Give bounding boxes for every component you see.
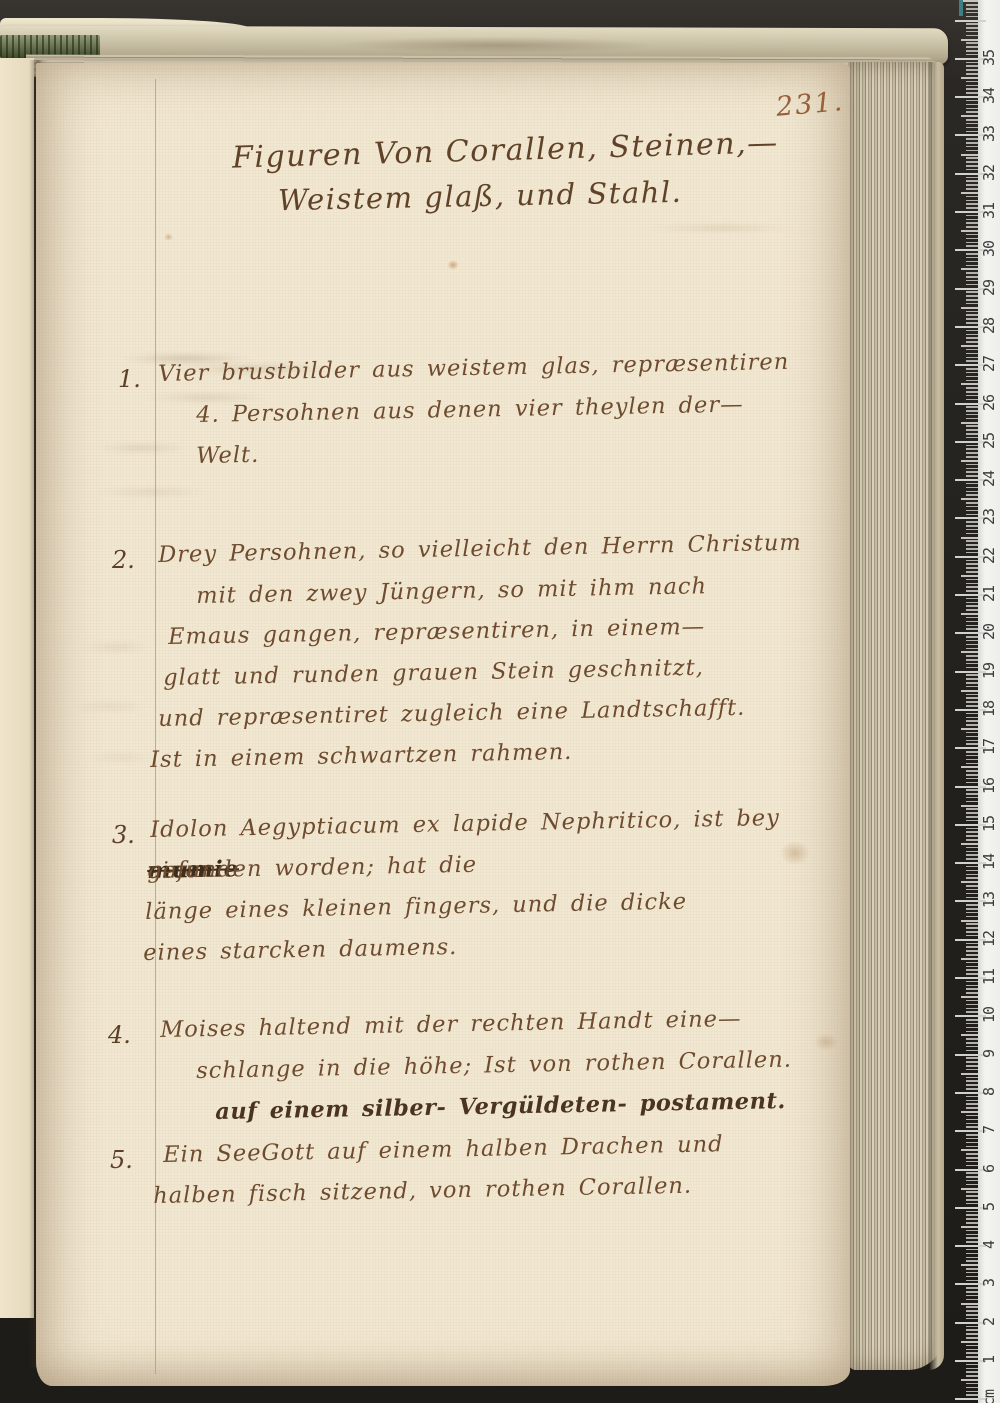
ruler-tick bbox=[966, 931, 978, 933]
ruler-tick bbox=[961, 422, 978, 424]
ruler-tick bbox=[961, 575, 978, 577]
ruler-tick bbox=[966, 1134, 978, 1136]
ruler-tick bbox=[966, 567, 978, 569]
ruler-tick bbox=[966, 544, 978, 546]
ruler-tick bbox=[966, 1172, 978, 1174]
ruler-tick bbox=[966, 1218, 978, 1220]
ruler-tick bbox=[966, 491, 978, 493]
ruler-tick bbox=[961, 307, 978, 309]
ruler-tick bbox=[961, 1379, 978, 1381]
ruler-tick bbox=[966, 54, 978, 56]
ruler-tick bbox=[966, 1038, 978, 1040]
ruler-tick bbox=[966, 923, 978, 925]
ruler-tick bbox=[966, 506, 978, 508]
ruler-tick bbox=[966, 904, 978, 906]
ruler-tick bbox=[966, 935, 978, 937]
ruler-tick bbox=[966, 357, 978, 359]
ruler-tick bbox=[966, 475, 978, 477]
ruler-tick bbox=[966, 602, 978, 604]
ruler-tick bbox=[966, 663, 978, 665]
ruler-tick bbox=[966, 705, 978, 707]
ruler-tick bbox=[966, 85, 978, 87]
ruler-tick bbox=[966, 667, 978, 669]
ruler-tick bbox=[966, 866, 978, 868]
ruler-tick bbox=[966, 445, 978, 447]
ruler-tick bbox=[966, 1123, 978, 1125]
ruler-tick bbox=[966, 1080, 978, 1082]
ruler-tick bbox=[961, 881, 978, 883]
ruler-tick bbox=[966, 4, 978, 6]
ruler-tick bbox=[961, 996, 978, 998]
ruler-tick bbox=[966, 92, 978, 94]
ruler-tick bbox=[966, 1057, 978, 1059]
ruler-tick bbox=[966, 874, 978, 876]
ruler-tick bbox=[961, 268, 978, 270]
ruler-tick bbox=[966, 184, 978, 186]
ruler-tick bbox=[961, 1149, 978, 1151]
item-number: 1. bbox=[118, 365, 141, 393]
ruler-tick bbox=[966, 1119, 978, 1121]
ruler-tick bbox=[966, 203, 978, 205]
ruler-tick bbox=[966, 1115, 978, 1117]
ruler-tick bbox=[966, 318, 978, 320]
ruler-tick bbox=[961, 460, 978, 462]
ruler-tick bbox=[961, 0, 978, 2]
ruler-tick bbox=[961, 537, 978, 539]
ruler-tick bbox=[966, 483, 978, 485]
ruler-tick bbox=[966, 376, 978, 378]
ruler-tick bbox=[966, 1356, 978, 1358]
ruler-tick bbox=[966, 100, 978, 102]
ruler-tick bbox=[966, 732, 978, 734]
ruler-tick bbox=[966, 720, 978, 722]
ruler-tick bbox=[966, 219, 978, 221]
ruler-tick bbox=[966, 743, 978, 745]
ruler-tick bbox=[966, 598, 978, 600]
ruler-tick bbox=[966, 686, 978, 688]
ruler-tick bbox=[966, 1019, 978, 1021]
ruler-tick bbox=[966, 341, 978, 343]
ruler-tick bbox=[966, 1318, 978, 1320]
ruler-tick bbox=[966, 943, 978, 945]
ruler-tick bbox=[966, 985, 978, 987]
ruler-tick bbox=[966, 1394, 978, 1396]
ruler-tick bbox=[961, 958, 978, 960]
ruler-tick bbox=[966, 969, 978, 971]
ruler-tick bbox=[966, 487, 978, 489]
ruler-tick bbox=[966, 946, 978, 948]
ruler-tick bbox=[961, 345, 978, 347]
ruler-tick bbox=[966, 1375, 978, 1377]
ruler-tick bbox=[966, 1329, 978, 1331]
ruler-tick bbox=[961, 192, 978, 194]
ruler-tick bbox=[966, 177, 978, 179]
ruler-tick bbox=[966, 908, 978, 910]
ruler-tick bbox=[966, 169, 978, 171]
ruler-tick bbox=[966, 46, 978, 48]
ruler-tick bbox=[966, 1146, 978, 1148]
ruler-tick bbox=[966, 207, 978, 209]
ruler-tick bbox=[961, 1111, 978, 1113]
ruler-tick bbox=[966, 368, 978, 370]
ruler-tick bbox=[966, 1306, 978, 1308]
manuscript-scan-page: 231. Figuren Von Corallen, Steinen,— Wei… bbox=[0, 0, 1000, 1403]
ruler-tick bbox=[966, 1184, 978, 1186]
ruler-tick bbox=[966, 981, 978, 983]
ruler-tick bbox=[966, 1011, 978, 1013]
ruler-tick bbox=[966, 1276, 978, 1278]
ruler-tick bbox=[966, 697, 978, 699]
ruler-tick bbox=[966, 529, 978, 531]
ruler-tick bbox=[966, 1176, 978, 1178]
ruler-tick bbox=[966, 893, 978, 895]
ruler-tick bbox=[966, 1142, 978, 1144]
ruler-tick bbox=[966, 161, 978, 163]
ruler-tick bbox=[966, 962, 978, 964]
ruler-tick bbox=[966, 510, 978, 512]
ruler-tick bbox=[966, 1100, 978, 1102]
ruler-tick bbox=[966, 65, 978, 67]
ruler-tick bbox=[966, 295, 978, 297]
fore-edge-page-stack bbox=[848, 62, 944, 1370]
ruler-tick bbox=[966, 334, 978, 336]
ruler-tick bbox=[966, 418, 978, 420]
ruler-tick bbox=[966, 448, 978, 450]
ruler-tick bbox=[966, 62, 978, 64]
ruler-tick bbox=[966, 755, 978, 757]
ruler-tick bbox=[966, 494, 978, 496]
ruler-tick bbox=[966, 808, 978, 810]
ruler-tick bbox=[966, 360, 978, 362]
ruler-tick bbox=[966, 586, 978, 588]
ruler-tick bbox=[966, 740, 978, 742]
ruler-tick bbox=[966, 640, 978, 642]
ruler-tick bbox=[966, 146, 978, 148]
ruler-tick bbox=[966, 605, 978, 607]
ruler-tick bbox=[966, 437, 978, 439]
ruler-tick bbox=[966, 636, 978, 638]
ruler-tick bbox=[966, 50, 978, 52]
inventory-items: 1.Vier brustbilder aus weistem glas, rep… bbox=[36, 63, 850, 1386]
ruler-tick bbox=[966, 621, 978, 623]
ruler-tick bbox=[966, 514, 978, 516]
ruler-tick bbox=[966, 238, 978, 240]
ruler-tick bbox=[966, 31, 978, 33]
ruler-tick bbox=[966, 284, 978, 286]
ruler-tick bbox=[966, 1237, 978, 1239]
item-number: 5. bbox=[110, 1146, 133, 1174]
ruler-tick bbox=[966, 713, 978, 715]
ruler-tick bbox=[966, 119, 978, 121]
ruler-tick bbox=[966, 870, 978, 872]
ruler-tick bbox=[966, 1008, 978, 1010]
ruler-tick bbox=[966, 782, 978, 784]
ruler-tick bbox=[966, 659, 978, 661]
ruler-tick bbox=[966, 395, 978, 397]
ruler-tick bbox=[966, 108, 978, 110]
ruler-tick bbox=[966, 111, 978, 113]
ruler-tick bbox=[961, 843, 978, 845]
ruler-tick bbox=[966, 801, 978, 803]
ruler-tick bbox=[961, 115, 978, 117]
ruler-tick bbox=[966, 1031, 978, 1033]
ruler-tick bbox=[966, 701, 978, 703]
ruler-tick bbox=[966, 23, 978, 25]
ruler-tick bbox=[966, 502, 978, 504]
ruler-tick bbox=[966, 835, 978, 837]
ruler-tick bbox=[966, 1268, 978, 1270]
ruler-tick bbox=[966, 464, 978, 466]
ruler-tick bbox=[966, 1368, 978, 1370]
ruler-tick bbox=[966, 127, 978, 129]
ruler-tick bbox=[966, 196, 978, 198]
ruler-tick bbox=[966, 468, 978, 470]
ruler-tick bbox=[966, 560, 978, 562]
ruler-tick bbox=[966, 1023, 978, 1025]
ruler-tick bbox=[961, 1303, 978, 1305]
ruler-tick bbox=[966, 311, 978, 313]
ruler-tick bbox=[966, 399, 978, 401]
ruler-tick bbox=[966, 590, 978, 592]
ruler-tick bbox=[966, 353, 978, 355]
ruler-tick bbox=[966, 81, 978, 83]
ruler-tick bbox=[966, 644, 978, 646]
ruler-tick bbox=[966, 387, 978, 389]
ruler-tick bbox=[966, 1387, 978, 1389]
ruler-tick bbox=[966, 724, 978, 726]
ruler-tick bbox=[966, 272, 978, 274]
ruler-tick bbox=[966, 1069, 978, 1071]
ruler-tick bbox=[966, 774, 978, 776]
ruler-tick bbox=[966, 1326, 978, 1328]
ruler-tick bbox=[966, 1314, 978, 1316]
ruler-tick bbox=[961, 1188, 978, 1190]
ruler-tick bbox=[966, 678, 978, 680]
ruler-tick bbox=[966, 150, 978, 152]
ruler-tick bbox=[966, 1345, 978, 1347]
ruler-tick bbox=[966, 885, 978, 887]
ruler-tick bbox=[966, 540, 978, 542]
ruler-tick bbox=[966, 625, 978, 627]
ruler-tick bbox=[966, 950, 978, 952]
ruler-tick bbox=[966, 372, 978, 374]
ruler-tick bbox=[966, 988, 978, 990]
color-calibration-speck bbox=[959, 0, 963, 16]
ruler-tick bbox=[966, 349, 978, 351]
ruler-tick bbox=[966, 736, 978, 738]
ruler-tick bbox=[966, 471, 978, 473]
ruler-tick bbox=[966, 123, 978, 125]
ruler-tick bbox=[966, 12, 978, 14]
ruler-tick bbox=[966, 1161, 978, 1163]
ruler-tick bbox=[961, 1034, 978, 1036]
ruler-tick bbox=[966, 563, 978, 565]
ruler-tick bbox=[966, 104, 978, 106]
ruler-tick bbox=[966, 973, 978, 975]
ruler-tick bbox=[966, 429, 978, 431]
ruler-tick bbox=[966, 858, 978, 860]
ruler-tick bbox=[966, 1260, 978, 1262]
ruler-tick bbox=[966, 452, 978, 454]
ruler-tick bbox=[966, 1333, 978, 1335]
ruler-tick bbox=[966, 1310, 978, 1312]
ruler-tick bbox=[966, 1257, 978, 1259]
ruler-tick bbox=[966, 1065, 978, 1067]
ruler-tick bbox=[966, 280, 978, 282]
ruler-tick bbox=[966, 234, 978, 236]
ruler-tick bbox=[966, 425, 978, 427]
ruler-tick bbox=[966, 552, 978, 554]
ruler-tick bbox=[966, 188, 978, 190]
ruler-tick bbox=[966, 1042, 978, 1044]
ruler-tick bbox=[966, 916, 978, 918]
ruler-tick bbox=[966, 410, 978, 412]
ruler-tick bbox=[966, 583, 978, 585]
ruler-tick bbox=[966, 1280, 978, 1282]
ruler-tick bbox=[966, 1295, 978, 1297]
ruler-tick bbox=[966, 165, 978, 167]
inventory-item-2: 2.Drey Persohnen, so vielleicht den Herr… bbox=[36, 542, 850, 552]
ruler-tick bbox=[966, 8, 978, 10]
ruler-tick bbox=[966, 138, 978, 140]
ruler-tick bbox=[966, 1299, 978, 1301]
ruler-tick bbox=[966, 655, 978, 657]
ruler-tick bbox=[966, 226, 978, 228]
inventory-item-4: 4.Moises haltend mit der rechten Handt e… bbox=[36, 1017, 850, 1027]
ruler-tick bbox=[966, 1352, 978, 1354]
ruler-tick bbox=[966, 912, 978, 914]
ruler-tick bbox=[966, 682, 978, 684]
ruler-tick bbox=[966, 142, 978, 144]
ruler-tick bbox=[966, 180, 978, 182]
ruler-tick bbox=[966, 157, 978, 159]
ruler-tick bbox=[961, 613, 978, 615]
ruler-tick bbox=[961, 39, 978, 41]
ruler-tick bbox=[966, 1214, 978, 1216]
inventory-item-1: 1.Vier brustbilder aus weistem glas, rep… bbox=[36, 361, 850, 371]
ruler-tick bbox=[966, 897, 978, 899]
ruler-tick bbox=[966, 579, 978, 581]
ruler-tick bbox=[966, 35, 978, 37]
ruler-tick bbox=[966, 1103, 978, 1105]
ruler-tick bbox=[966, 1107, 978, 1109]
ruler-tick bbox=[966, 1061, 978, 1063]
ruler-tick bbox=[966, 1195, 978, 1197]
ruler-tick bbox=[961, 1226, 978, 1228]
ruler-tick bbox=[966, 1096, 978, 1098]
ruler-tick bbox=[966, 261, 978, 263]
ruler-tick bbox=[966, 717, 978, 719]
ruler-tick bbox=[966, 391, 978, 393]
ruler-tick bbox=[966, 839, 978, 841]
ruler-tick bbox=[966, 1222, 978, 1224]
ruler-tick bbox=[966, 617, 978, 619]
ruler-tick bbox=[966, 1004, 978, 1006]
ruler-tick bbox=[966, 253, 978, 255]
ruler-tick bbox=[966, 820, 978, 822]
ruler-tick bbox=[966, 322, 978, 324]
ruler-tick bbox=[961, 920, 978, 922]
ruler-tick bbox=[966, 456, 978, 458]
ruler-tick bbox=[966, 1241, 978, 1243]
ruler-tick bbox=[961, 1341, 978, 1343]
ruler-tick bbox=[966, 1230, 978, 1232]
manuscript-page: 231. Figuren Von Corallen, Steinen,— Wei… bbox=[36, 63, 850, 1386]
ruler-tick bbox=[966, 521, 978, 523]
ruler-tick bbox=[966, 889, 978, 891]
ruler-tick bbox=[966, 793, 978, 795]
ruler-tick bbox=[966, 245, 978, 247]
ruler-tick bbox=[966, 1349, 978, 1351]
ruler-tick bbox=[966, 797, 978, 799]
cover-edge-sliver bbox=[929, 62, 944, 1370]
item-number: 3. bbox=[112, 821, 135, 849]
ruler-tick bbox=[966, 525, 978, 527]
ruler-tick bbox=[961, 728, 978, 730]
inventory-item-5: 5.Ein SeeGott auf einem halben Drachen u… bbox=[36, 1142, 850, 1152]
ruler-tick bbox=[966, 299, 978, 301]
ruler-tick bbox=[966, 414, 978, 416]
item-number: 4. bbox=[108, 1021, 131, 1049]
ruler-tick bbox=[966, 1203, 978, 1205]
ruler-tick bbox=[966, 966, 978, 968]
ruler-tick bbox=[966, 1165, 978, 1167]
ruler-tick bbox=[966, 1234, 978, 1236]
vellum-smudge bbox=[284, 34, 711, 57]
ruler-tick bbox=[961, 651, 978, 653]
ruler-tick bbox=[966, 1077, 978, 1079]
ruler-tick bbox=[966, 674, 978, 676]
ruler-tick bbox=[966, 42, 978, 44]
ruler-tick bbox=[966, 1088, 978, 1090]
ruler-tick bbox=[966, 1027, 978, 1029]
ruler-tick bbox=[966, 433, 978, 435]
ruler-tick bbox=[961, 766, 978, 768]
ruler-tick bbox=[961, 1073, 978, 1075]
ruler-tick bbox=[966, 215, 978, 217]
ruler-tick bbox=[966, 131, 978, 133]
ruler-tick bbox=[966, 1191, 978, 1193]
ruler-tick bbox=[966, 851, 978, 853]
ruler-tick bbox=[966, 571, 978, 573]
ruler-tick bbox=[966, 609, 978, 611]
ruler-tick bbox=[966, 1000, 978, 1002]
ruler-tick bbox=[966, 1383, 978, 1385]
ruler-tick bbox=[966, 877, 978, 879]
item-number: 2. bbox=[112, 546, 135, 574]
ruler-tick bbox=[966, 759, 978, 761]
ruler-tick bbox=[966, 1272, 978, 1274]
ruler-tick bbox=[961, 383, 978, 385]
ruler-tick bbox=[966, 533, 978, 535]
ruler-tick bbox=[966, 1337, 978, 1339]
ruler-tick bbox=[966, 778, 978, 780]
ruler-tick bbox=[961, 230, 978, 232]
ruler-tick bbox=[966, 854, 978, 856]
ruler-tick bbox=[966, 954, 978, 956]
ruler-tick bbox=[966, 812, 978, 814]
ruler-tick bbox=[966, 1371, 978, 1373]
ruler-tick bbox=[966, 1046, 978, 1048]
ruler-tick bbox=[966, 1391, 978, 1393]
ruler-tick bbox=[961, 1264, 978, 1266]
ruler-tick bbox=[966, 847, 978, 849]
ruler-tick bbox=[966, 1364, 978, 1366]
ruler-tick bbox=[966, 406, 978, 408]
ruler-tick bbox=[966, 337, 978, 339]
ruler-tick bbox=[966, 1199, 978, 1201]
ruler-tick bbox=[966, 628, 978, 630]
